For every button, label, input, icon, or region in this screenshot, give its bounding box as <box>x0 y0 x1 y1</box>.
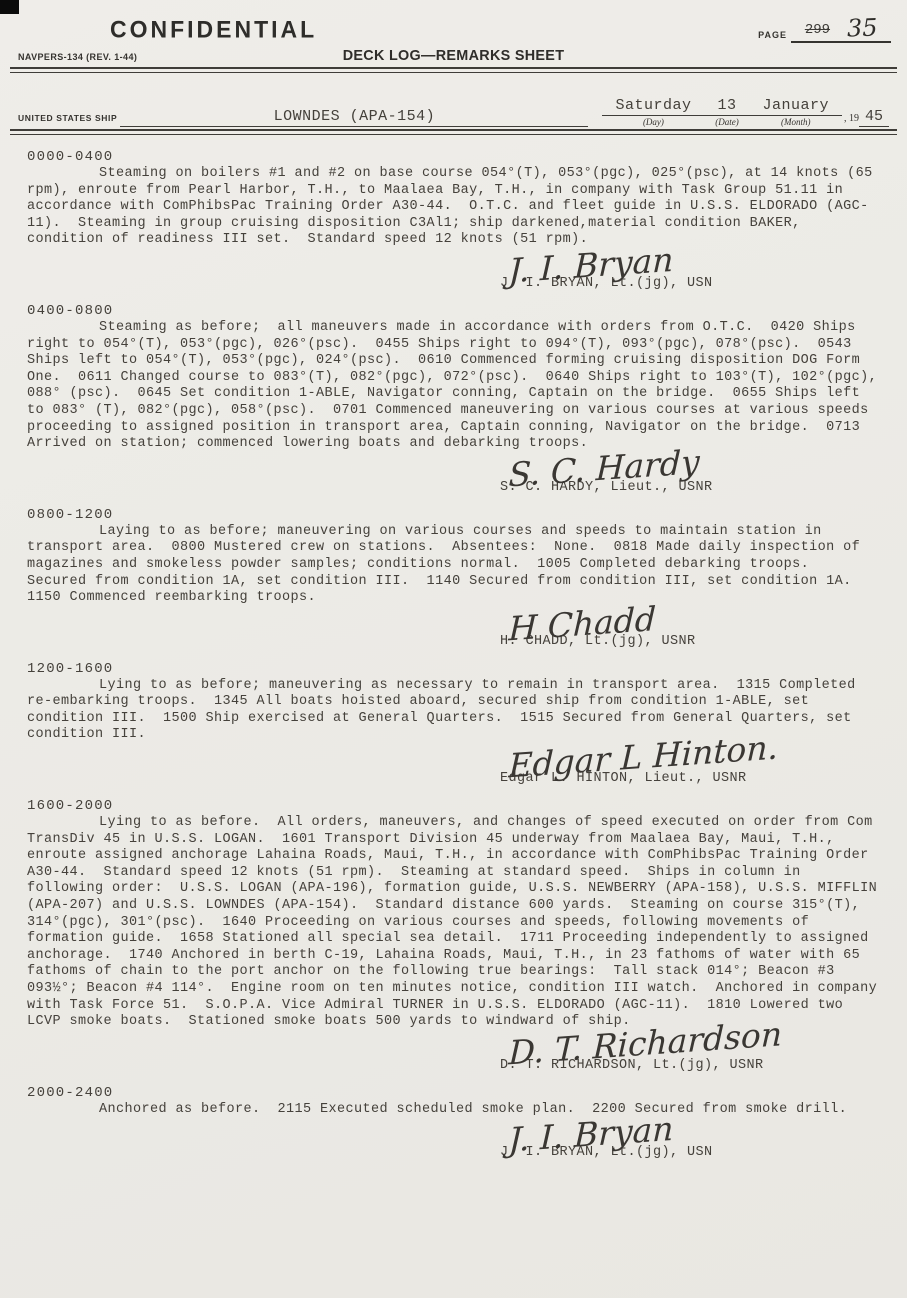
month-field: January (Month) <box>749 97 842 127</box>
ship-date-row: UNITED STATES SHIP LOWNDES (APA-154) Sat… <box>18 97 889 127</box>
form-header: CONFIDENTIAL PAGE 299 35 <box>0 0 907 46</box>
date-group: Saturday (Day) 13 (Date) January (Month)… <box>602 97 889 127</box>
entry-text: Steaming as before; all maneuvers made i… <box>27 320 885 453</box>
log-entry-2000-2400: 2000-2400 Anchored as before. 2115 Execu… <box>0 1085 907 1161</box>
day-label: (Day) <box>602 116 704 127</box>
page-label: PAGE <box>758 30 787 43</box>
day-field: Saturday (Day) <box>602 97 704 127</box>
signature-block: D. T. Richardson D. T. RICHARDSON, Lt.(j… <box>500 1037 907 1073</box>
entry-hours: 1200-1600 <box>27 661 907 677</box>
signature-block: Edgar L Hinton. Edgar L. HINTON, Lieut.,… <box>500 750 907 786</box>
month-value: January <box>749 97 842 116</box>
date-field: 13 (Date) <box>704 97 749 127</box>
page-number-struck: 299 <box>805 22 830 38</box>
deck-log-page: CONFIDENTIAL PAGE 299 35 NAVPERS-134 (RE… <box>0 0 907 1298</box>
entry-hours: 0400-0800 <box>27 303 907 319</box>
log-entry-0800-1200: 0800-1200 Laying to as before; maneuveri… <box>0 507 907 649</box>
form-title-row: NAVPERS-134 (REV. 1-44) DECK LOG—REMARKS… <box>0 46 907 64</box>
ship-label: UNITED STATES SHIP <box>18 113 117 127</box>
signature-block: J. I. Bryan J. I. BRYAN, Lt.(jg), USN <box>500 1124 907 1160</box>
entry-hours: 1600-2000 <box>27 798 907 814</box>
log-entry-0400-0800: 0400-0800 Steaming as before; all maneuv… <box>0 303 907 495</box>
date-value: 13 <box>704 97 749 116</box>
document-title: DECK LOG—REMARKS SHEET <box>18 47 889 64</box>
log-entry-1200-1600: 1200-1600 Lying to as before; maneuverin… <box>0 661 907 786</box>
log-entries: 0000-0400 Steaming on boilers #1 and #2 … <box>0 135 907 1160</box>
classification-stamp: CONFIDENTIAL <box>110 15 317 43</box>
page-number-handwritten: 35 <box>846 17 877 38</box>
signature-block: H Chadd H. CHADD, Lt.(jg), USNR <box>500 613 907 649</box>
page-number-line: 299 35 <box>791 18 891 43</box>
page-number-box: PAGE 299 35 <box>758 18 891 43</box>
entry-hours: 0800-1200 <box>27 507 907 523</box>
date-label: (Date) <box>704 116 749 127</box>
log-entry-0000-0400: 0000-0400 Steaming on boilers #1 and #2 … <box>0 149 907 291</box>
signature-block: S. C. Hardy S. C. HARDY, Lieut., USNR <box>500 459 907 495</box>
ship-name-field: LOWNDES (APA-154) <box>120 108 588 127</box>
ship-name: LOWNDES (APA-154) <box>274 108 436 125</box>
entry-hours: 0000-0400 <box>27 149 907 165</box>
entry-hours: 2000-2400 <box>27 1085 907 1101</box>
year-prefix: , 19 <box>844 113 859 127</box>
month-label: (Month) <box>749 116 842 127</box>
entry-text: Lying to as before. All orders, maneuver… <box>27 815 885 1031</box>
year-field: , 19 45 <box>844 97 889 127</box>
divider-rule-top <box>10 67 897 73</box>
signature-block: J. I. Bryan J. I. BRYAN, Lt.(jg), USN <box>500 255 907 291</box>
day-value: Saturday <box>602 97 704 116</box>
log-entry-1600-2000: 1600-2000 Lying to as before. All orders… <box>0 798 907 1073</box>
year-value: 45 <box>859 108 889 127</box>
